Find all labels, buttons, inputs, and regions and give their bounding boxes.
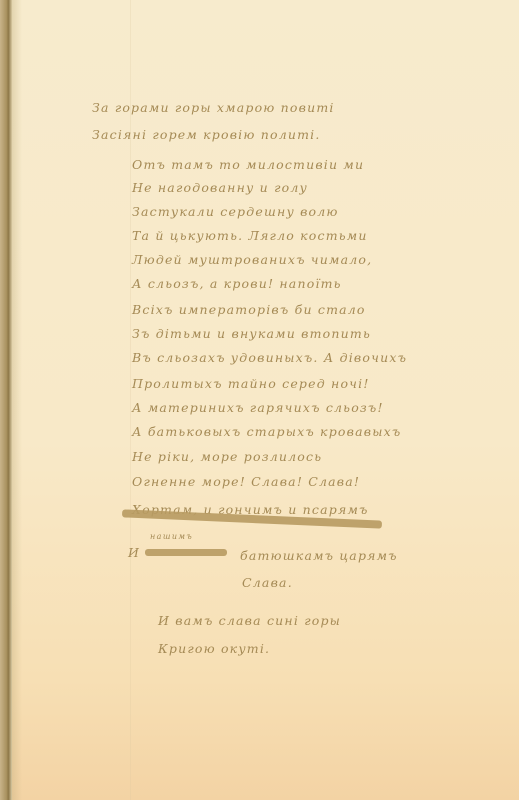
verse-line: Не нагодованну и голу (132, 180, 308, 195)
verse-line: А батьковыхъ старыхъ кровавыхъ (132, 424, 401, 439)
verse-line: Людей муштрованихъ чимало, (132, 252, 372, 267)
manuscript-page: За горами горы хмарою повиті Засіяні гор… (0, 0, 519, 800)
verse-line: Застукали сердешну волю (132, 204, 339, 219)
verse-line: И вамъ слава сині горы (158, 613, 341, 628)
verse-line: Слава. (242, 575, 293, 590)
verse-line: Пролитыхъ тайно серед ночі! (132, 376, 370, 391)
verse-line: Засіяні горем кровію политі. (92, 127, 321, 142)
verse-line: Кригою окуті. (158, 641, 270, 656)
strikethrough-mark (145, 549, 227, 556)
verse-line: Всіхъ императорівъ би стало (132, 302, 366, 317)
verse-line: Огненне море! Слава! Слава! (132, 474, 360, 489)
verse-line: Та й цькують. Лягло костьми (132, 228, 368, 243)
verse-line: А сльозъ, а крови! напоїть (132, 276, 342, 291)
verse-line: Не ріки, море розлилось (132, 449, 322, 464)
verse-line: За горами горы хмарою повиті (92, 100, 335, 115)
verse-line: И (128, 545, 140, 560)
verse-line: батюшкамъ царямъ (240, 548, 398, 563)
interlinear-insertion: нашимъ (150, 532, 193, 541)
verse-line: Зъ дітьми и внуками втопить (132, 326, 371, 341)
verse-line: Отъ тамъ то милостивіи ми (132, 157, 364, 172)
verse-line: Въ сльозахъ удовиныхъ. А дівочихъ (132, 350, 407, 365)
verse-line: А материнихъ гарячихъ сльозъ! (132, 400, 384, 415)
